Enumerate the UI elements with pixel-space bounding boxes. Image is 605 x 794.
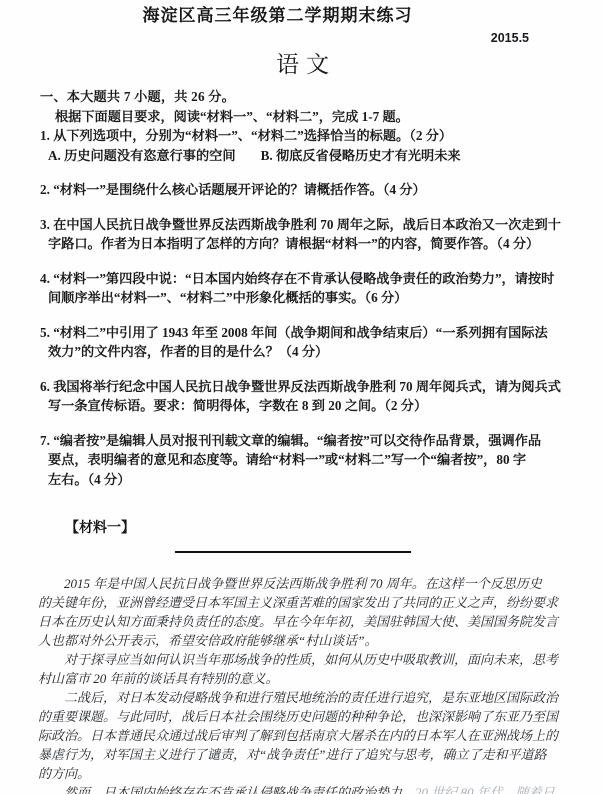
question-1-option-a: A. 历史问题没有恣意行事的空间	[48, 146, 236, 166]
question-section: 一、本大题共 7 小题，共 26 分。 根据下面题目要求，阅读“材料一”、“材料…	[40, 87, 567, 489]
material-p4-underlined-phrase: 日本国内始终存在不肯承认侵略战争责任的政治势力	[103, 785, 402, 794]
question-6-line-1: 6. 我国将举行纪念中国人民抗日战争暨世界反法西斯战争胜利 70 周年阅兵式，请…	[40, 377, 567, 397]
question-3: 3. 在中国人民抗日战争暨世界反法西斯战争胜利 70 周年之际，战后日本政治又一…	[40, 215, 567, 254]
question-5-line-2: 效力”的文件内容，作者的目的是什么？（4 分）	[40, 342, 567, 362]
material-p4-prefix: 然而，	[38, 785, 103, 794]
question-7-line-3: 左右。（4 分）	[40, 470, 567, 490]
doc-title: 海淀区高三年级第二学期期末练习	[0, 6, 605, 26]
material-p3-line-3: 际政治。日本普通民众通过战后审判了解到包括南京大屠杀在内的日本军人在亚洲战场上的	[38, 726, 567, 745]
question-1-option-b: B. 彻底反省侵略历史才有光明未来	[261, 146, 461, 166]
question-7-line-2: 要点，表明编者的意见和态度等。请给“材料一”或“材料二”写一个“编者按”，80 …	[40, 450, 567, 470]
material-p1-line-2: 的关键年份，亚洲曾经遭受日本军国主义深重苦难的国家发出了共同的正义之声，纷纷要求	[38, 593, 567, 612]
material-one-section: 【材料一】 2015 年是中国人民抗日战争暨世界反法西斯战争胜利 70 周年。在…	[38, 519, 567, 794]
question-3-line-2: 字路口。作者为日本指明了怎样的方向？请根据“材料一”的内容，简要作答。（4 分）	[40, 234, 567, 254]
section-intro: 根据下面题目要求，阅读“材料一”、“材料二”，完成 1-7 题。	[40, 107, 567, 127]
question-5-line-1: 5. “材料二”中引用了 1943 年至 2008 年间（战争期间和战争结束后）…	[40, 323, 567, 343]
doc-subject: 语文	[0, 49, 605, 81]
material-p3-line-1: 二战后，对日本发动侵略战争和进行殖民地统治的责任进行追究，是东亚地区国际政治	[38, 688, 567, 707]
exam-paper-page: 海淀区高三年级第二学期期末练习 2015.5 语文 一、本大题共 7 小题，共 …	[0, 0, 605, 794]
question-2: 2. “材料一”是围绕什么核心话题展开评论的？请概括作答。（4 分）	[40, 180, 567, 200]
material-p3-line-2: 的重要课题。与此同时，战后日本社会围绕历史问题的种种争论，也深深影响了东亚乃至国	[38, 707, 567, 726]
material-p4-line-1: 然而，日本国内始终存在不肯承认侵略战争责任的政治势力。20 世纪 80 年代，随…	[38, 783, 567, 794]
material-p1-line-4: 人也都对外公开表示，希望安倍政府能够继承“村山谈话”。	[38, 631, 567, 650]
question-6-line-2: 写一条宣传标语。要求：简明得体，字数在 8 到 20 之间。（2 分）	[40, 396, 567, 416]
question-4: 4. “材料一”第四段中说：“日本国内始终存在不肯承认侵略战争责任的政治势力”，…	[40, 269, 567, 308]
question-1-options: A. 历史问题没有恣意行事的空间 B. 彻底反省侵略历史才有光明未来	[40, 146, 567, 166]
question-7: 7. “编者按”是编辑人员对报刊刊载文章的编辑。“编者按”可以交待作品背景，强调…	[40, 431, 567, 490]
question-2-line-1: 2. “材料一”是围绕什么核心话题展开评论的？请概括作答。（4 分）	[40, 180, 567, 200]
question-5: 5. “材料二”中引用了 1943 年至 2008 年间（战争期间和战争结束后）…	[40, 323, 567, 362]
section-heading: 一、本大题共 7 小题，共 26 分。	[40, 87, 567, 107]
material-p2-line-2: 村山富市 20 年前的谈话具有特别的意义。	[38, 669, 567, 688]
doc-date: 2015.5	[0, 31, 605, 45]
material-p2-line-1: 对于探寻应当如何认识当年那场战争的性质，如何从历史中吸取教训，面向未来，思考	[38, 650, 567, 669]
material-p1-line-3: 日本在历史认知方面秉持负责任的态度。早在今年年初，美国驻韩国大使、美国国务院发言	[38, 612, 567, 631]
material-p3-line-4: 暴虐行为，对军国主义进行了谴责，对“战争责任”进行了追究与思考，确立了走和平道路	[38, 745, 567, 764]
question-1-line-1: 1. 从下列选项中，分别为“材料一”、“材料二”选择恰当的标题。（2 分）	[40, 126, 567, 146]
material-p1-line-1: 2015 年是中国人民抗日战争暨世界反法西斯战争胜利 70 周年。在这样一个反思…	[38, 574, 567, 593]
question-4-line-1: 4. “材料一”第四段中说：“日本国内始终存在不肯承认侵略战争责任的政治势力”，…	[40, 269, 567, 289]
divider-line	[175, 551, 411, 553]
material-p4-faded-tail: 。20 世纪 80 年代，随着日	[402, 785, 555, 794]
question-1: 1. 从下列选项中，分别为“材料一”、“材料二”选择恰当的标题。（2 分） A.…	[40, 126, 567, 165]
question-4-line-2: 间顺序举出“材料一”、“材料二”中形象化概括的事实。（6 分）	[40, 288, 567, 308]
material-p3-line-5: 的方向。	[38, 764, 567, 783]
question-7-line-1: 7. “编者按”是编辑人员对报刊刊载文章的编辑。“编者按”可以交待作品背景，强调…	[40, 431, 567, 451]
material-one-body: 2015 年是中国人民抗日战争暨世界反法西斯战争胜利 70 周年。在这样一个反思…	[38, 574, 567, 794]
question-3-line-1: 3. 在中国人民抗日战争暨世界反法西斯战争胜利 70 周年之际，战后日本政治又一…	[40, 215, 567, 235]
question-6: 6. 我国将举行纪念中国人民抗日战争暨世界反法西斯战争胜利 70 周年阅兵式，请…	[40, 377, 567, 416]
material-one-label: 【材料一】	[65, 519, 567, 539]
